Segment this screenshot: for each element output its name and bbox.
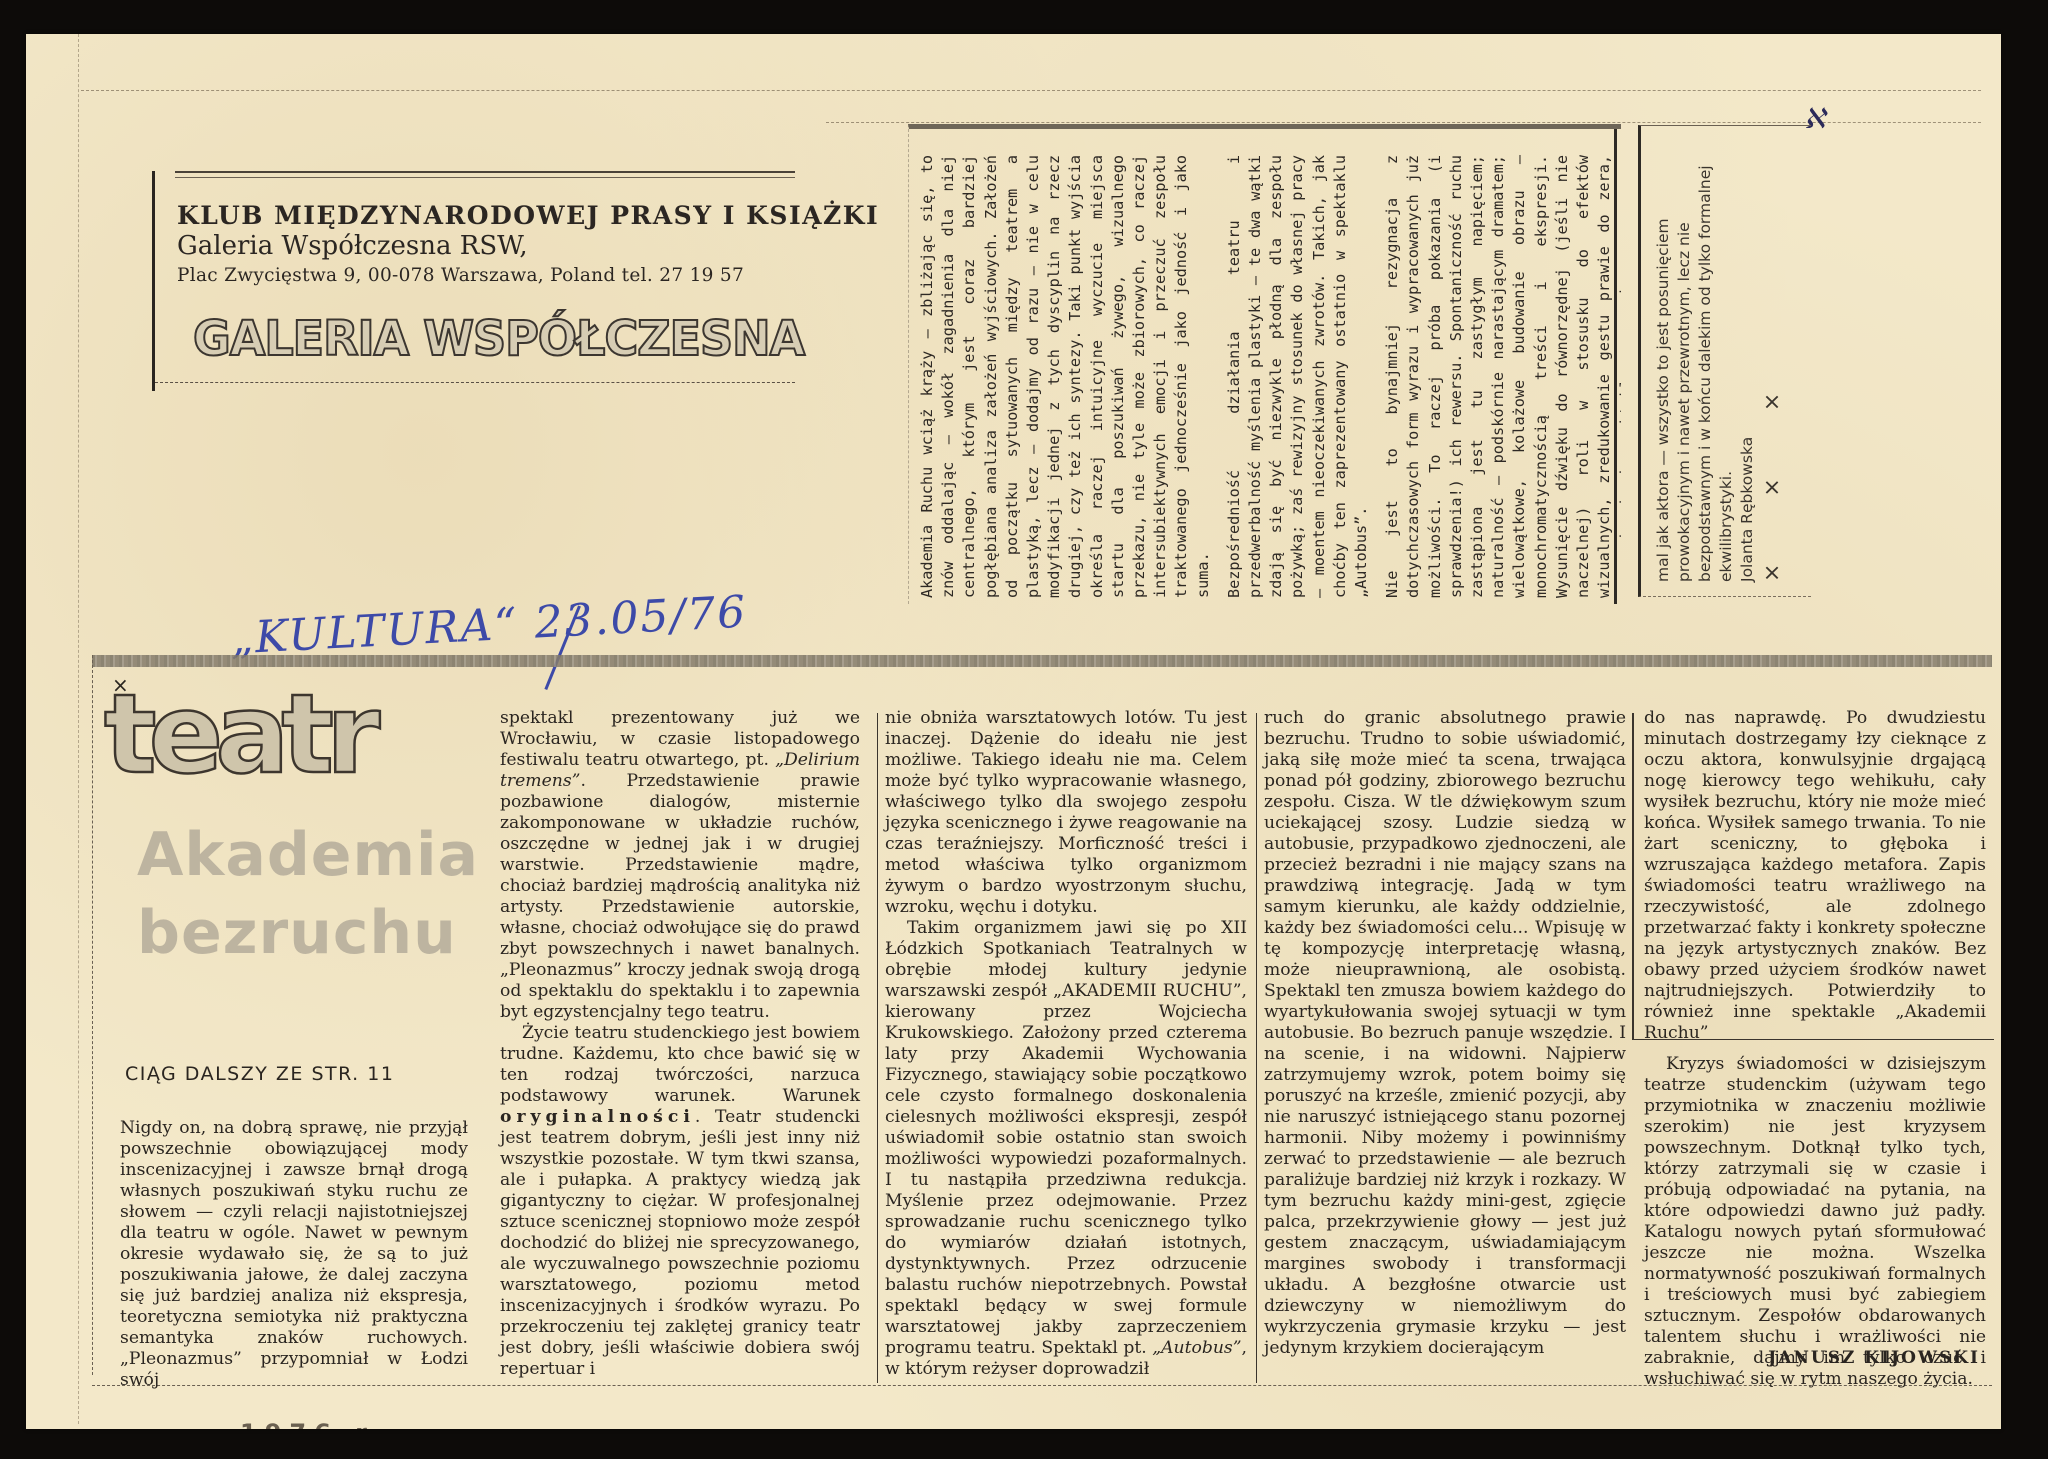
- rotated-article-block: Akademia Ruchu wciąż krąży — zbliżając s…: [908, 124, 1621, 604]
- article-column-3: nie obniża warsztatowych lotów. Tu jest …: [885, 708, 1247, 1380]
- column-paragraph: do nas naprawdę. Po dwudziestu minutach …: [1644, 708, 1986, 1044]
- section-label-teatr: teatr: [104, 679, 372, 789]
- fold-line-top: [81, 90, 1981, 91]
- rotated-end-paragraph: mal jak aktora — wszystko to jest posuni…: [1654, 165, 1735, 582]
- rotated-block-separator: [1614, 129, 1617, 604]
- text-run: . Przedstawienie prawie pozbawione dialo…: [500, 771, 860, 1022]
- rotated-author: Jolanta Rębkowska: [1737, 139, 1758, 582]
- article-column-5: do nas naprawdę. Po dwudziestu minutach …: [1644, 708, 1986, 1390]
- text-run: Takim organizmem jawi się po XII Łódzkic…: [885, 918, 1247, 1358]
- newspaper-clipping-sheet: KLUB MIĘDZYNARODOWEJ PRASY I KSIĄŻKI Gal…: [26, 34, 2001, 1429]
- main-article: × teatr Akademia bezruchu CIĄG DALSZY ZE…: [92, 655, 1992, 1415]
- gallery-stamp: KLUB MIĘDZYNARODOWEJ PRASY I KSIĄŻKI Gal…: [152, 171, 795, 391]
- column-paragraph: Życie teatru studenckiego jest bowiem tr…: [500, 1023, 860, 1380]
- stamp-top-rule: [175, 171, 795, 173]
- rotated-paragraph: Nie jest to bynajmniej rezygnacja z doty…: [1382, 155, 1621, 598]
- continued-from-label: CIĄG DALSZY ZE STR. 11: [125, 1063, 394, 1085]
- stamp-bottom-rule: [155, 382, 795, 383]
- rotated-paragraph: Bezpośredniość działania teatru i przedw…: [1224, 155, 1372, 598]
- emphasized-word: oryginalności: [500, 1107, 695, 1127]
- author-byline: JANUSZ KIJOWSKI: [1768, 1348, 1980, 1368]
- column-paragraph: nie obniża warsztatowych lotów. Tu jest …: [885, 708, 1247, 918]
- stamp-top-rule-thin: [175, 177, 795, 178]
- stamp-subtitle: Galeria Współczesna RSW,: [177, 231, 528, 261]
- play-title: „Autobus”: [1152, 1338, 1241, 1358]
- column-paragraph: spektakl prezentowany już we Wrocławiu, …: [500, 708, 860, 1023]
- column-separator: [877, 713, 878, 1383]
- article-column-2: spektakl prezentowany już we Wrocławiu, …: [500, 708, 860, 1380]
- fold-line-left: [78, 34, 79, 1424]
- section-separator-xxx: × × ×: [1762, 139, 1783, 582]
- text-run: . Teatr studencki jest teatrem dobrym, j…: [500, 1107, 860, 1379]
- article-top-rule: [92, 655, 1992, 667]
- stamp-title: KLUB MIĘDZYNARODOWEJ PRASY I KSIĄŻKI: [177, 201, 879, 230]
- column-paragraph: Takim organizmem jawi się po XII Łódzkic…: [885, 918, 1247, 1380]
- article-column-4: ruch do granic absolutnego prawie bezruc…: [1264, 708, 1626, 1359]
- column-paragraph: ruch do granic absolutnego prawie bezruc…: [1264, 708, 1626, 1359]
- column-paragraph: Kryzys świadomości w dzisiejszym teatrze…: [1644, 1054, 1986, 1390]
- column-paragraph: Nigdy on, na dobrą sprawę, nie przyjął p…: [120, 1118, 468, 1391]
- text-run: Życie teatru studenckiego jest bowiem tr…: [500, 1023, 860, 1106]
- stamp-address: Plac Zwycięstwa 9, 00-078 Warszawa, Pola…: [177, 265, 744, 286]
- column-separator: [1256, 713, 1257, 1383]
- headline-line-1: Akademia: [137, 825, 479, 885]
- rotated-article-end-text: mal jak aktora — wszystko to jest posuni…: [1647, 133, 1807, 588]
- article-left-rule: [92, 655, 93, 1375]
- headline-line-2: bezruchu: [137, 903, 457, 963]
- rotated-article-end-block: mal jak aktora — wszystko to jest posuni…: [1638, 125, 1811, 597]
- handwritten-source-note: „KULTURA“ 23.05/76: [229, 586, 748, 664]
- rotated-paragraph: Akademia Ruchu wciąż krąży — zbliżając s…: [917, 155, 1214, 598]
- rotated-article-text: Akademia Ruchu wciąż krąży — zbliżając s…: [909, 149, 1599, 604]
- article-column-1: Nigdy on, na dobrą sprawę, nie przyjął p…: [120, 1118, 468, 1391]
- rotated-article-viewport: Akademia Ruchu wciąż krąży — zbliżając s…: [909, 129, 1621, 604]
- cut-off-bottom-text: 1976 r.: [240, 1419, 389, 1429]
- galeria-wspolczesna-logo: GALERIA WSPÓŁCZESNA: [193, 310, 804, 367]
